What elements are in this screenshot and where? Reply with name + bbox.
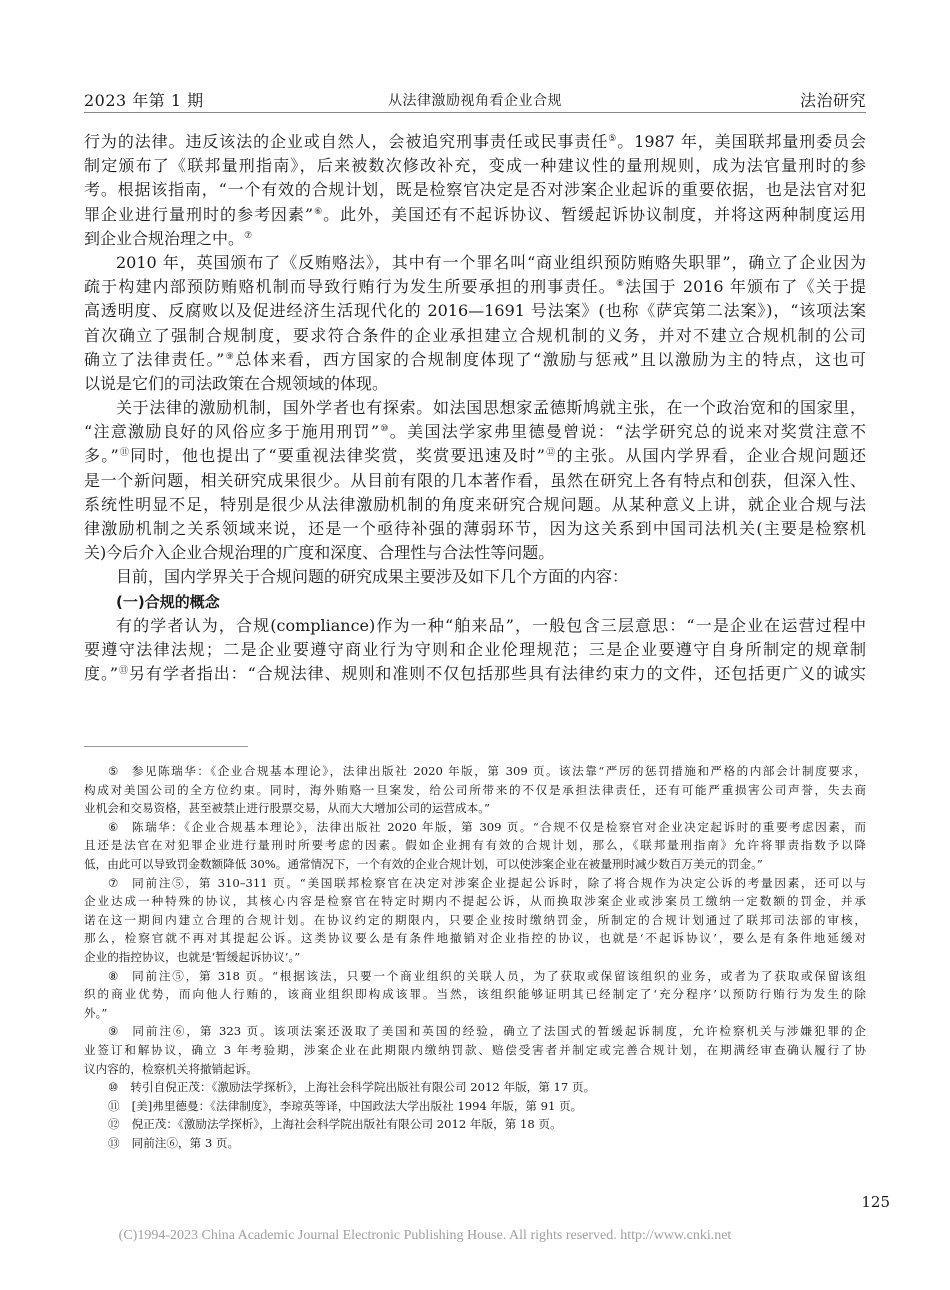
body-line: 关)今后介入企业合规治理的广度和深度、合理性与合法性等问题。 <box>84 541 866 565</box>
footnote-line: ⑩转引自倪正茂：《激励法学探析》，上海社会科学院出版社有限公司 2012 年版，… <box>84 1078 866 1097</box>
footnote-mark: ⑬ <box>108 1136 120 1150</box>
footnote-mark: ⑧ <box>108 969 120 983</box>
footnote-mark: ⑤ <box>108 764 120 778</box>
footnote: ⑫倪正茂：《激励法学探析》，上海社会科学院出版社有限公司 2012 年版，第 1… <box>84 1115 866 1134</box>
footnote-ref[interactable]: ⑬ <box>118 666 129 676</box>
footnote-line: ⑥陈瑞华：《企业合规基本理论》，法律出版社 2020 年版，第 309 页。“合… <box>84 818 866 837</box>
footnote-text: 陈瑞华：《企业合规基本理论》，法律出版社 2020 年版，第 309 页。“合规… <box>132 820 866 834</box>
footnote-line: 业机会和交易资格，甚至被禁止进行股票交易，从而大大增加公司的运营成本。” <box>84 799 866 818</box>
footnote: ⑥陈瑞华：《企业合规基本理论》，法律出版社 2020 年版，第 309 页。“合… <box>84 818 866 874</box>
footnote-mark: ⑫ <box>108 1117 120 1131</box>
body-line: 律激励机制之关系领域来说，还是一个亟待补强的薄弱环节，因为这关系到中国司法机关(… <box>84 517 866 541</box>
footnote-line: 织的商业优势，而向他人行贿的，该商业组织即构成该罪。当然，该组织能够证明其已经制… <box>84 985 866 1004</box>
body-line: 关于法律的激励机制，国外学者也有探索。如法国思想家孟德斯鸠就主张，在一个政治宽和… <box>84 396 866 420</box>
footnote-divider <box>84 746 248 747</box>
footnote: ⑬同前注⑥，第 3 页。 <box>84 1134 866 1153</box>
footnote-text: 倪正茂：《激励法学探析》，上海社会科学院出版社有限公司 2012 年版，第 18… <box>132 1117 562 1131</box>
body-line: 确立了法律责任。”⑨总体来看，西方国家的合规制度体现了“激励与惩戒”且以激励为主… <box>84 348 866 372</box>
footnote-line: 诺在这一期间内建立合理的合规计划。在协议约定的期限内，只要企业按时缴纳罚金，所制… <box>84 911 866 930</box>
footnote-line: 企业的指控协议，也就是‘暂缓起诉协议’。” <box>84 948 866 967</box>
footnote-line: 外。” <box>84 1004 866 1023</box>
footnote: ⑨同前注⑥，第 323 页。该项法案还汲取了美国和英国的经验，确立了法国式的暂缓… <box>84 1022 866 1078</box>
body-line: 行为的法律。违反该法的企业或自然人，会被追究刑事责任或民事责任⑤。1987 年，… <box>84 130 866 154</box>
footnote-text: [美]弗里德曼：《法律制度》，李琼英等译，中国政法大学出版社 1994 年版，第… <box>132 1099 583 1113</box>
body-line: 罪企业进行量刑时的参考因素”⑥。此外，美国还有不起诉协议、暂缓起诉协议制度，并将… <box>84 203 866 227</box>
footnote-ref[interactable]: ⑤ <box>608 134 617 144</box>
footnote-line: 议内容的，检察机关将撤销起诉。 <box>84 1060 866 1079</box>
footnote: ⑩转引自倪正茂：《激励法学探析》，上海社会科学院出版社有限公司 2012 年版，… <box>84 1078 866 1097</box>
footnote-ref[interactable]: ⑪ <box>119 448 131 458</box>
footnote-mark: ⑩ <box>108 1080 118 1094</box>
body-line: 是一个新问题，相关研究成果很少。从目前有限的几本著作看，虽然在研究上各有特点和创… <box>84 469 866 493</box>
section-heading: (一)合规的概念 <box>84 590 866 614</box>
footnote-text: 转引自倪正茂：《激励法学探析》，上海社会科学院出版社有限公司 2012 年版，第… <box>130 1080 595 1094</box>
footnote-ref[interactable]: ⑧ <box>616 279 625 289</box>
footnote: ⑧同前注⑤，第 318 页。“根据该法，只要一个商业组织的关联人员，为了获取或保… <box>84 967 866 1023</box>
footnote-line: 低，由此可以导致罚金数额降低 30%。通常情况下，一个有效的企业合规计划，可以使… <box>84 855 866 874</box>
main-text: 行为的法律。违反该法的企业或自然人，会被追究刑事责任或民事责任⑤。1987 年，… <box>84 130 866 686</box>
body-line: 制定颁布了《联邦量刑指南》，后来被数次修改补充，变成一种建议性的量刑规则，成为法… <box>84 154 866 178</box>
footnote-line: 业签订和解协议，确立 3 年考验期，涉案企业在此期限内缴纳罚款、赔偿受害者并制定… <box>84 1041 866 1060</box>
footnote-line: ⑬同前注⑥，第 3 页。 <box>84 1134 866 1153</box>
footnote-mark: ⑪ <box>108 1099 120 1113</box>
footnote-line: ⑪[美]弗里德曼：《法律制度》，李琼英等译，中国政法大学出版社 1994 年版，… <box>84 1097 866 1116</box>
body-line: 考。根据该指南，“一个有效的合规计划，既是检察官决定是否对涉案企业起诉的重要依据… <box>84 178 866 202</box>
footnote: ⑤参见陈瑞华：《企业合规基本理论》，法律出版社 2020 年版，第 309 页。… <box>84 762 866 818</box>
footnote-line: ⑧同前注⑤，第 318 页。“根据该法，只要一个商业组织的关联人员，为了获取或保… <box>84 967 866 986</box>
footnote-line: 企业达成一种特殊的协议，其核心内容是检察官在特定时期内不提起公诉，从而换取涉案企… <box>84 892 866 911</box>
body-line: 要遵守法律法规；二是企业要遵守商业行为守则和企业伦理规范；三是企业要遵守自身所制… <box>84 638 866 662</box>
body-line: 高透明度、反腐败以及促进经济生活现代化的 2016—1691 号法案》(也称《萨… <box>84 299 866 323</box>
article-title: 从法律激励视角看企业合规 <box>84 90 866 110</box>
body-line: 到企业合规治理之中。⑦ <box>84 227 866 251</box>
footnote: ⑪[美]弗里德曼：《法律制度》，李琼英等译，中国政法大学出版社 1994 年版，… <box>84 1097 866 1116</box>
running-header: 2023 年第 1 期 从法律激励视角看企业合规 法治研究 <box>84 86 866 113</box>
journal-name: 法治研究 <box>800 88 866 111</box>
footnote-line: 构成对美国公司的全方位约束。同时，海外贿赂一旦案发，给公司所带来的不仅是承担法律… <box>84 781 866 800</box>
footnote-text: 参见陈瑞华：《企业合规基本理论》，法律出版社 2020 年版，第 309 页。该… <box>132 764 866 778</box>
footnote: ⑦同前注⑤，第 310–311 页。“美国联邦检察官在决定对涉案企业提起公诉时，… <box>84 874 866 967</box>
footnotes: ⑤参见陈瑞华：《企业合规基本理论》，法律出版社 2020 年版，第 309 页。… <box>84 762 866 1152</box>
footnote-ref[interactable]: ⑫ <box>545 448 557 458</box>
body-line: 疏于构建内部预防贿赂机制而导致行贿行为发生所要承担的刑事责任。⑧法国于 2016… <box>84 275 866 299</box>
body-line: 以说是它们的司法政策在合规领域的体现。 <box>84 372 866 396</box>
body-line: 系统性明显不足，特别是很少从法律激励机制的角度来研究合规问题。从某种意义上讲，就… <box>84 493 866 517</box>
body-line: 2010 年，英国颁布了《反贿赂法》，其中有一个罪名叫“商业组织预防贿赂失职罪”… <box>84 251 866 275</box>
body-line: 首次确立了强制合规制度，要求符合条件的企业承担建立合规机制的义务，并对不建立合规… <box>84 324 866 348</box>
footnote-text: 同前注⑤，第 310–311 页。“美国联邦检察官在决定对涉案企业提起公诉时，除… <box>132 876 866 890</box>
footnote-ref[interactable]: ⑥ <box>313 207 323 217</box>
footnote-mark: ⑦ <box>108 876 120 890</box>
footnote-line: ⑫倪正茂：《激励法学探析》，上海社会科学院出版社有限公司 2012 年版，第 1… <box>84 1115 866 1134</box>
footnote-line: ⑨同前注⑥，第 323 页。该项法案还汲取了美国和英国的经验，确立了法国式的暂缓… <box>84 1022 866 1041</box>
footnote-mark: ⑥ <box>108 820 120 834</box>
footnote-ref[interactable]: ⑩ <box>379 424 390 434</box>
body-line: 度。”⑬另有学者指出：“合规法律、规则和准则不仅包括那些具有法律约束力的文件，还… <box>84 662 866 686</box>
body-line: 有的学者认为，合规(compliance)作为一种“舶来品”，一般包含三层意思：… <box>84 614 866 638</box>
footnote-line: ⑤参见陈瑞华：《企业合规基本理论》，法律出版社 2020 年版，第 309 页。… <box>84 762 866 781</box>
body-line: 目前，国内学界关于合规问题的研究成果主要涉及如下几个方面的内容： <box>84 565 866 589</box>
body-line: 多。”⑪同时，他也提出了“要重视法律奖赏，奖赏要迅速及时”⑫的主张。从国内学界看… <box>84 444 866 468</box>
footnote-text: 同前注⑤，第 318 页。“根据该法，只要一个商业组织的关联人员，为了获取或保留… <box>132 969 866 983</box>
footnote-line: 那么，检察官就不再对其提起公诉。这类协议要么是有条件地撤销对企业指控的协议，也就… <box>84 929 866 948</box>
footnote-line: ⑦同前注⑤，第 310–311 页。“美国联邦检察官在决定对涉案企业提起公诉时，… <box>84 874 866 893</box>
page-number: 125 <box>861 1193 890 1211</box>
copyright-notice: (C)1994-2023 China Academic Journal Elec… <box>0 1228 950 1244</box>
footnote-mark: ⑨ <box>108 1024 120 1038</box>
footnote-ref[interactable]: ⑨ <box>224 352 235 362</box>
footnote-text: 同前注⑥，第 323 页。该项法案还汲取了美国和英国的经验，确立了法国式的暂缓起… <box>132 1024 866 1038</box>
body-line: “注意激励良好的风俗应多于施用刑罚”⑩。美国法学家弗里德曼曾说：“法学研究总的说… <box>84 420 866 444</box>
footnote-text: 同前注⑥，第 3 页。 <box>132 1136 240 1150</box>
footnote-line: 且还是法官在对犯罪企业进行量刑时所要考虑的因素。假如企业拥有有效的合规计划，那么… <box>84 836 866 855</box>
footnote-ref[interactable]: ⑦ <box>244 231 252 241</box>
